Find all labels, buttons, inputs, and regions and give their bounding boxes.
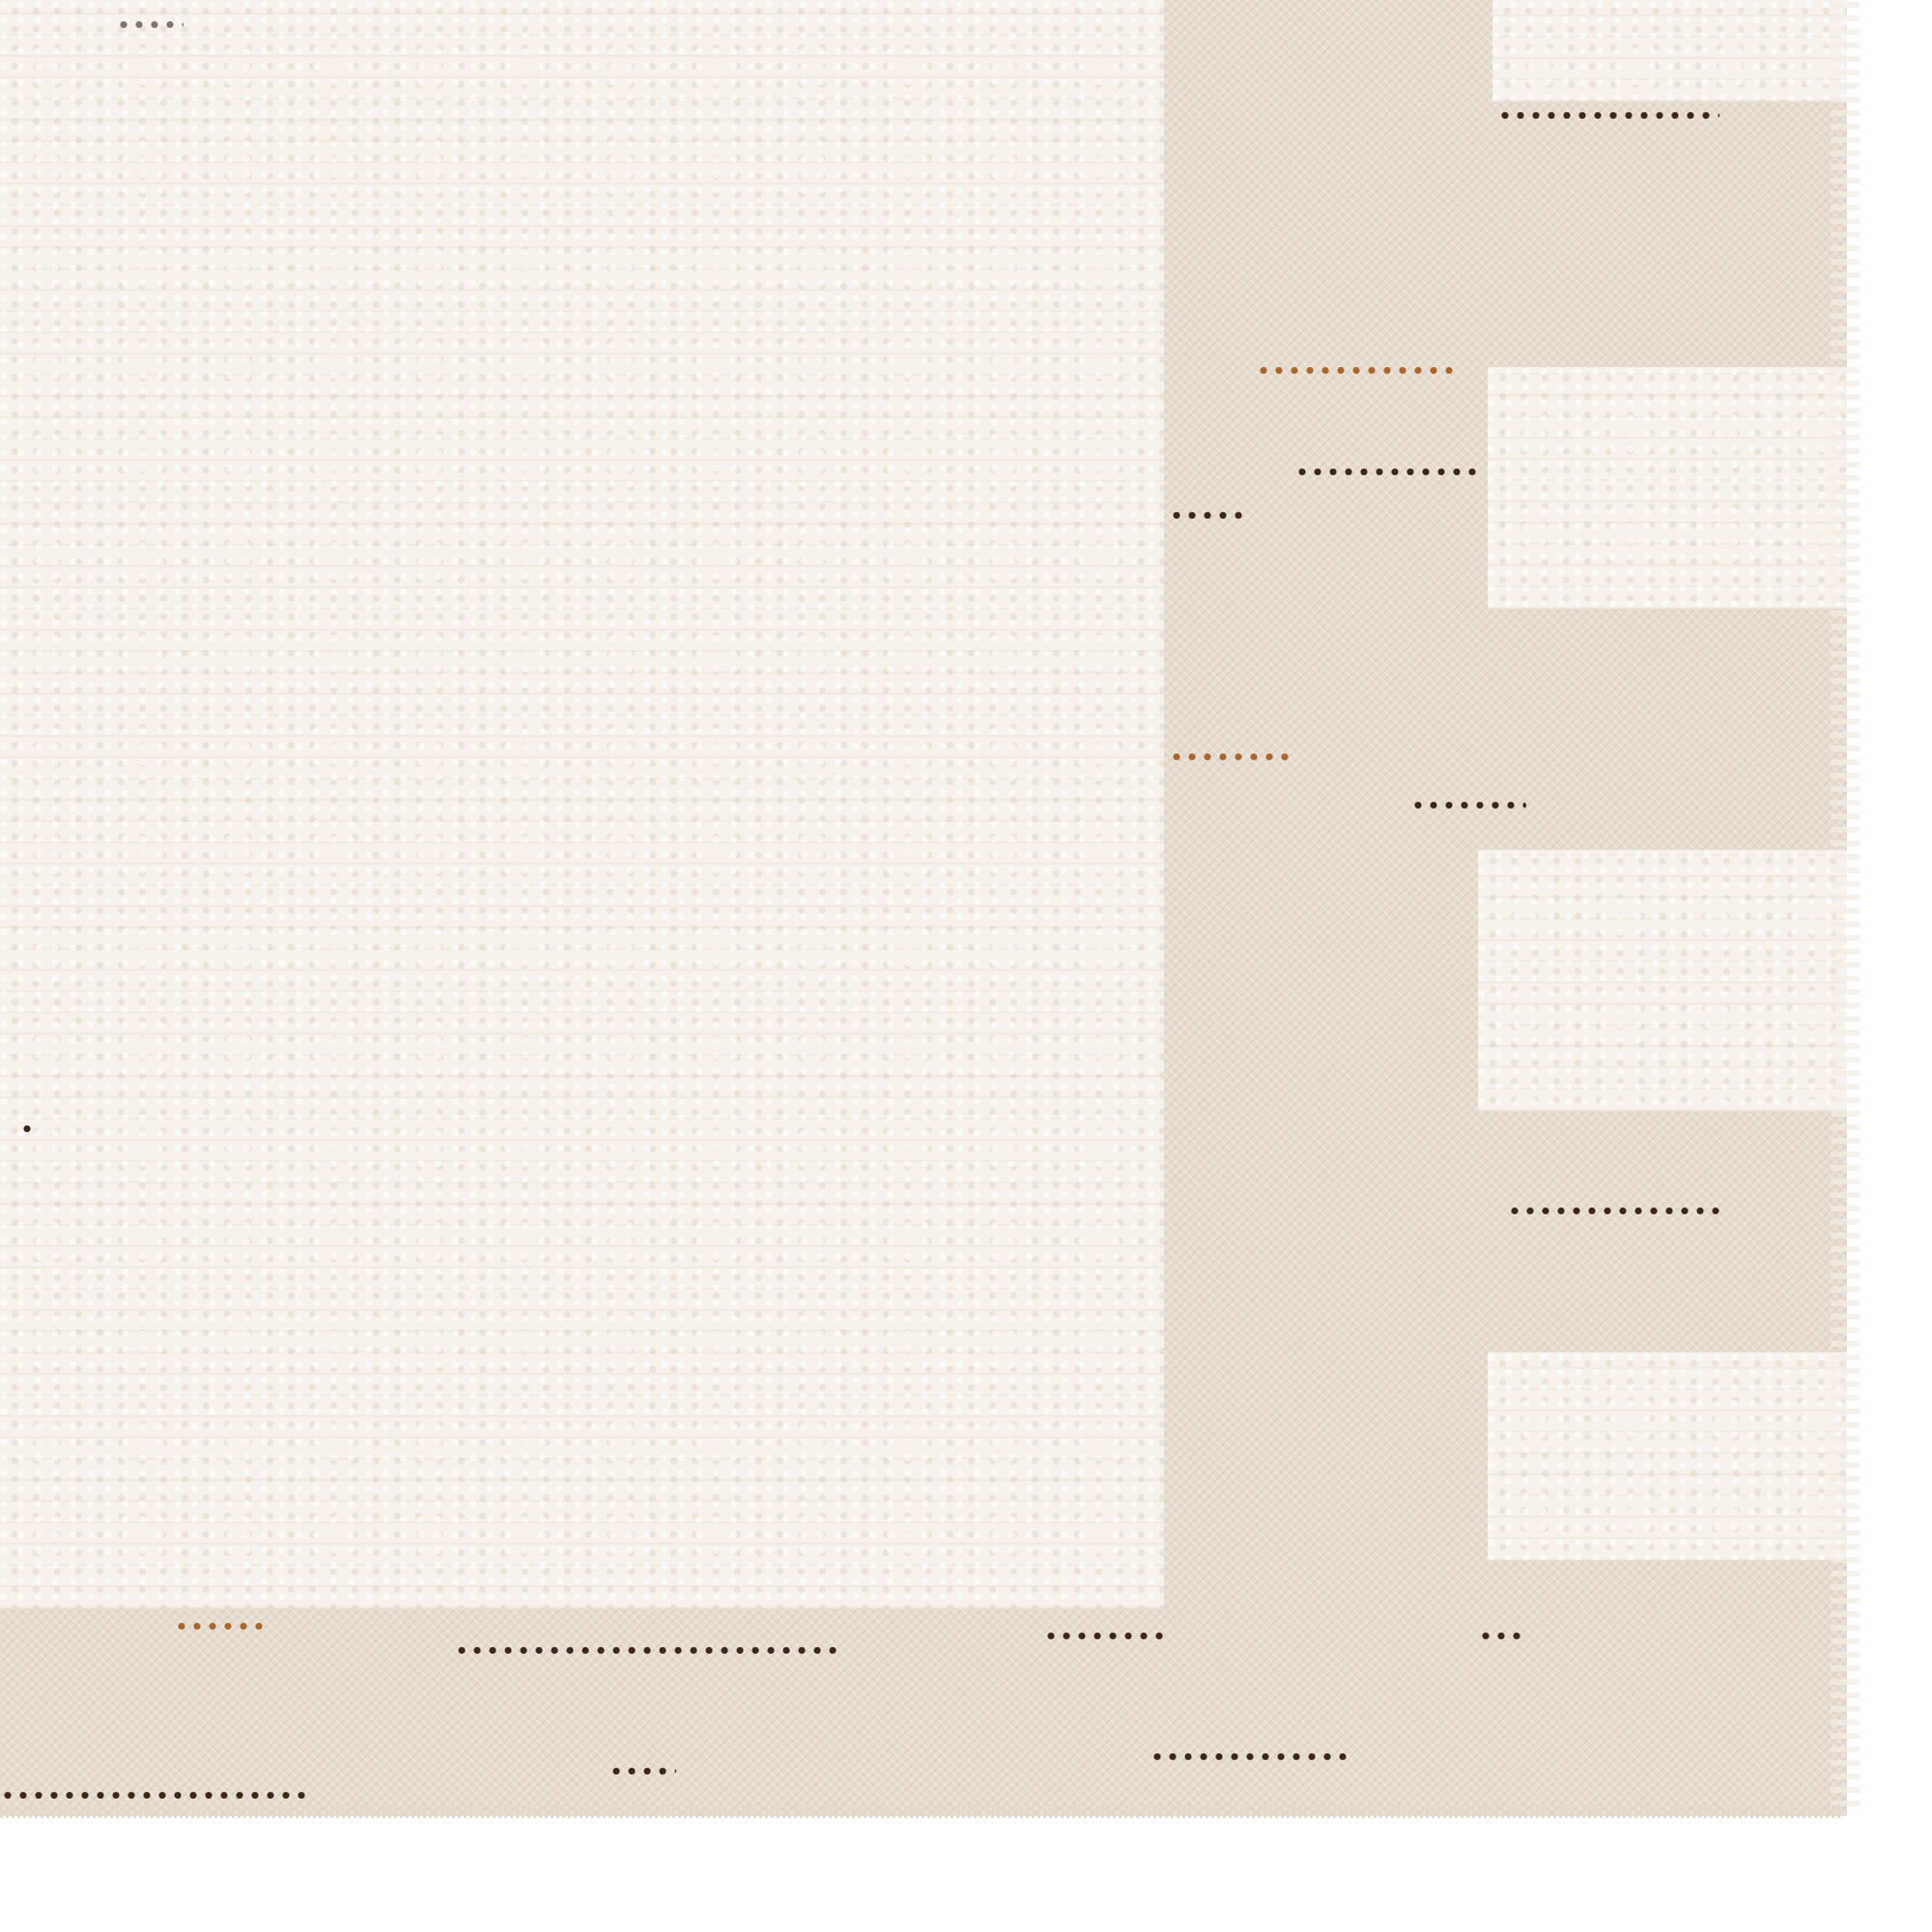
rug-corner xyxy=(0,0,1847,1816)
fleck-line xyxy=(1169,753,1294,760)
bottom-edge-binding xyxy=(0,1804,1840,1818)
fleck-line xyxy=(1478,1633,1526,1639)
fleck-line xyxy=(454,1647,840,1654)
bottom-flatweave-border xyxy=(0,1608,1847,1816)
fleck-line xyxy=(1507,1207,1719,1214)
fleck-line xyxy=(1043,1633,1169,1639)
fleck-dot xyxy=(19,1125,33,1132)
right-edge-fringe xyxy=(1831,0,1860,1806)
pile-block-right-3 xyxy=(1478,850,1847,1111)
pile-block-top-right xyxy=(1492,0,1847,101)
fleck-line xyxy=(609,1768,676,1775)
pile-block-right-4 xyxy=(1488,1352,1847,1560)
fleck-line xyxy=(1497,112,1719,119)
pile-block-right-2 xyxy=(1488,367,1847,609)
large-pile-field xyxy=(0,0,1164,1608)
photo-canvas xyxy=(0,0,1932,1932)
fleck-line xyxy=(1150,1753,1352,1760)
fleck-line xyxy=(1256,367,1459,374)
fleck-line xyxy=(1169,512,1246,519)
fleck-line xyxy=(1410,802,1526,809)
fleck-line xyxy=(116,21,184,28)
fleck-line xyxy=(0,1792,309,1799)
fleck-line xyxy=(1294,469,1478,475)
fleck-line xyxy=(174,1623,270,1630)
